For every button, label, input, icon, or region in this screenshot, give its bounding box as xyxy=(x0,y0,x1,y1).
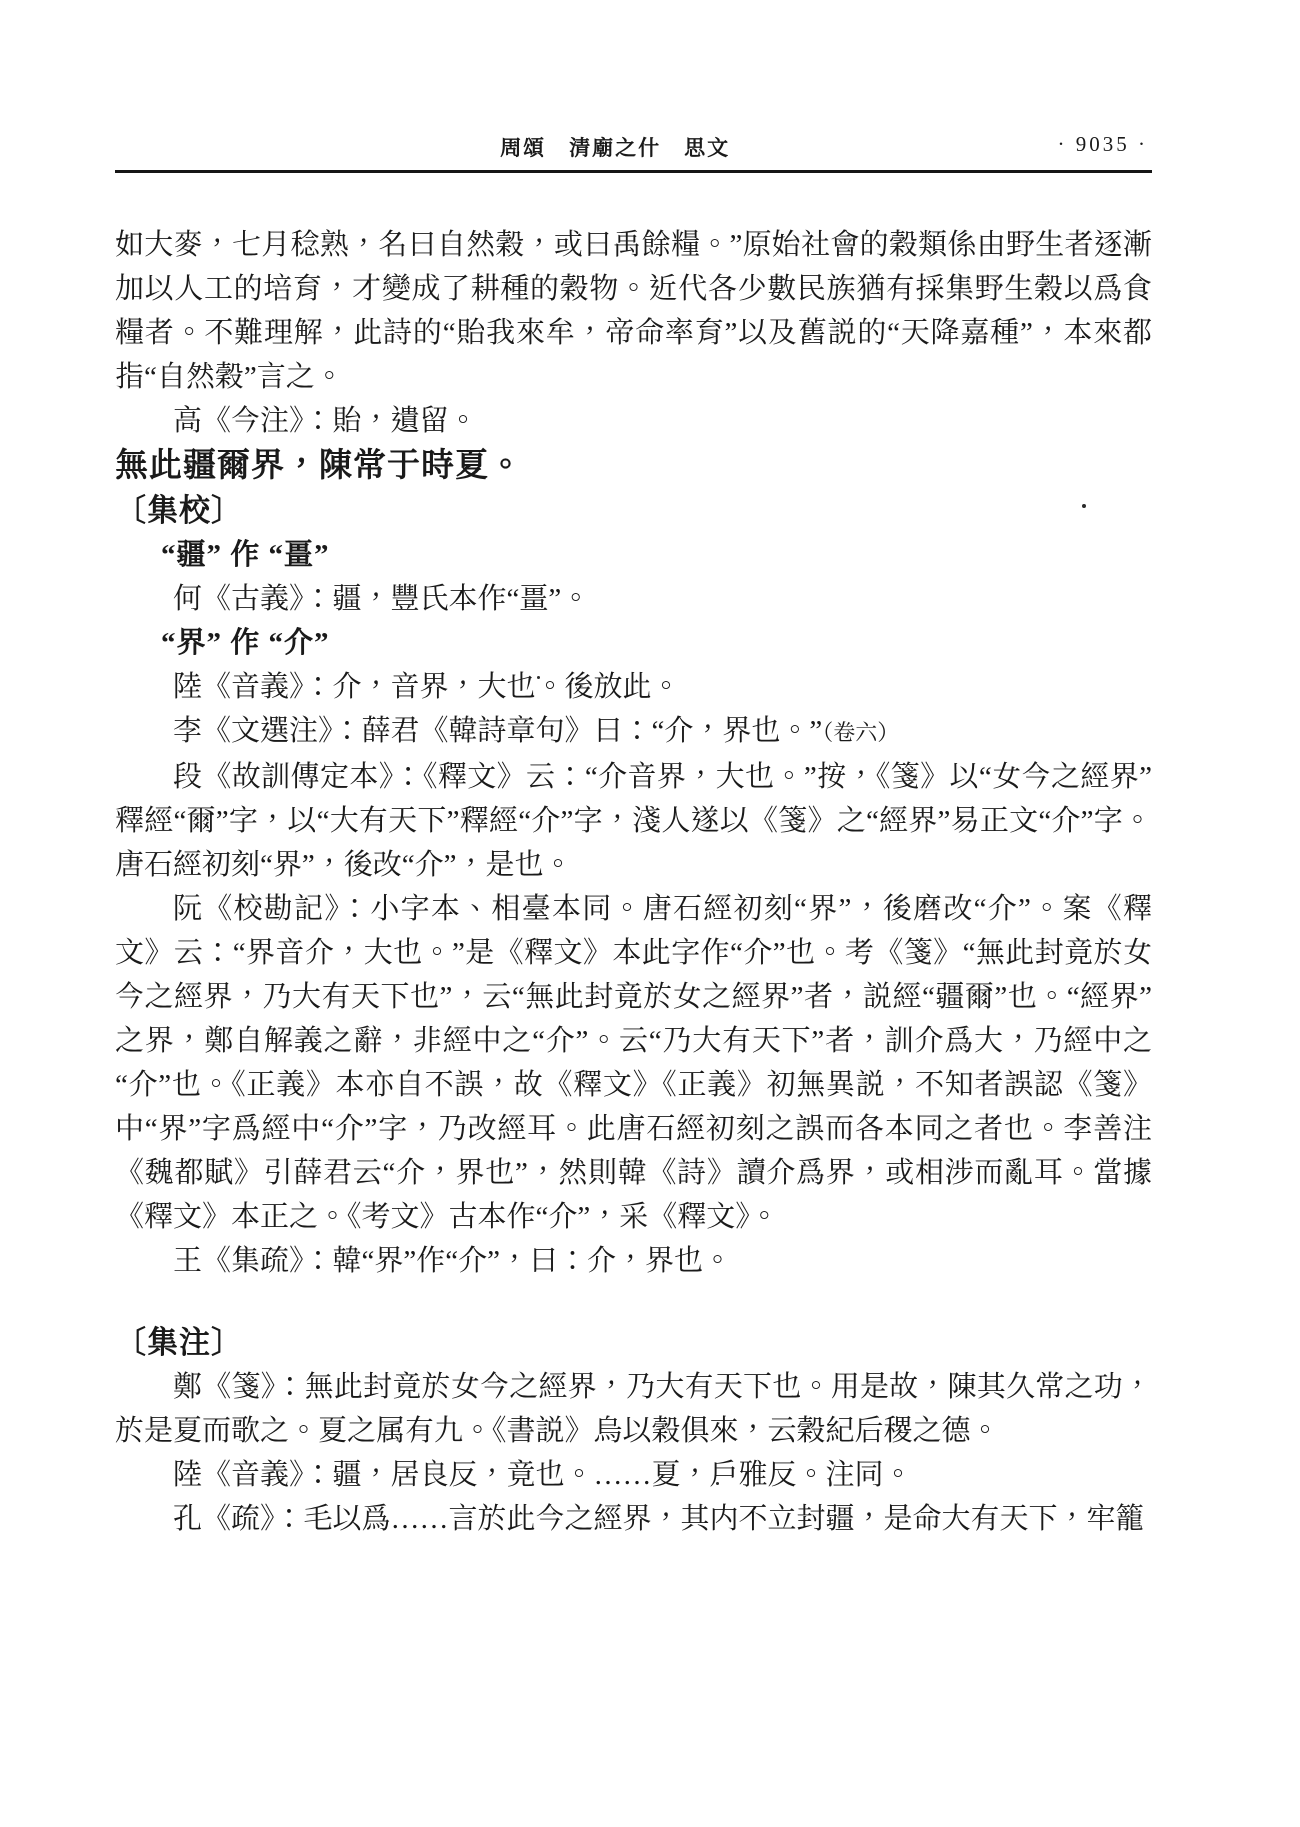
chapter-title: 周頌 清廟之什 思文 xyxy=(500,132,730,162)
entry-zheng-jian: 鄭《箋》：無此封竟於女今之經界，乃大有天下也。用是故，陳其久常之功，於是夏而歌之… xyxy=(115,1365,1152,1453)
entry-gao-jinzhu: 高《今注》：貽，遺留。 xyxy=(115,399,1152,443)
entry-he-guyi: 何《古義》：疆，豐氏本作“畺”。 xyxy=(115,577,1152,621)
section-heading-jizhu: 〔集注〕 xyxy=(115,1321,1152,1365)
entry-kong-shu: 孔《疏》：毛以爲……言於此今之經界，其内不立封疆，是命大有天下，牢籠 xyxy=(115,1497,1152,1541)
intro-paragraph: 如大麥，七月稔熟，名曰自然穀，或曰禹餘糧。”原始社會的穀類係由野生者逐漸加以人工… xyxy=(115,223,1152,399)
volume-note: （卷六） xyxy=(822,720,899,745)
variant-subhead-jie: “界” 作 “介” xyxy=(115,621,1152,665)
entry-wang-jishu: 王《集疏》：韓“界”作“介”，曰：介，界也。 xyxy=(115,1239,1152,1283)
ink-speck xyxy=(537,676,540,679)
entry-ruan-paragraph: 阮《校勘記》：小字本、相臺本同。唐石經初刻“界”，後磨改“介”。案《釋文》云：“… xyxy=(115,887,1152,1239)
ink-speck xyxy=(716,1482,719,1485)
entry-li-text: 李《文選注》：薛君《韓詩章句》曰：“介，界也。” xyxy=(173,715,822,747)
entry-lu-yinyi-2: 陸《音義》：疆，居良反，竟也。……夏，户雅反。注同。 xyxy=(115,1453,1152,1497)
header-rule xyxy=(115,170,1152,173)
section-heading-jixiao: 〔集校〕 xyxy=(115,489,1152,533)
page-body: 如大麥，七月稔熟，名曰自然穀，或曰禹餘糧。”原始社會的穀類係由野生者逐漸加以人工… xyxy=(115,223,1152,1541)
book-page: 周頌 清廟之什 思文 · 9035 · 如大麥，七月稔熟，名曰自然穀，或曰禹餘糧… xyxy=(0,0,1300,1827)
running-head: 周頌 清廟之什 思文 · 9035 · xyxy=(115,0,1152,160)
ink-speck xyxy=(1082,504,1086,508)
verse-heading: 無此疆爾界，陳常于時夏。 xyxy=(115,443,1152,489)
entry-lu-yinyi-1: 陸《音義》：介，音界，大也。後放此。 xyxy=(115,665,1152,709)
entry-duan-paragraph: 段《故訓傳定本》：《釋文》云：“介音界，大也。”按，《箋》以“女今之經界”釋經“… xyxy=(115,755,1152,887)
entry-li-wenxuanzhu: 李《文選注》：薛君《韓詩章句》曰：“介，界也。”（卷六） xyxy=(115,709,1152,755)
variant-subhead-jiang: “疆” 作 “畺” xyxy=(115,533,1152,577)
page-number: · 9035 · xyxy=(1058,132,1149,157)
